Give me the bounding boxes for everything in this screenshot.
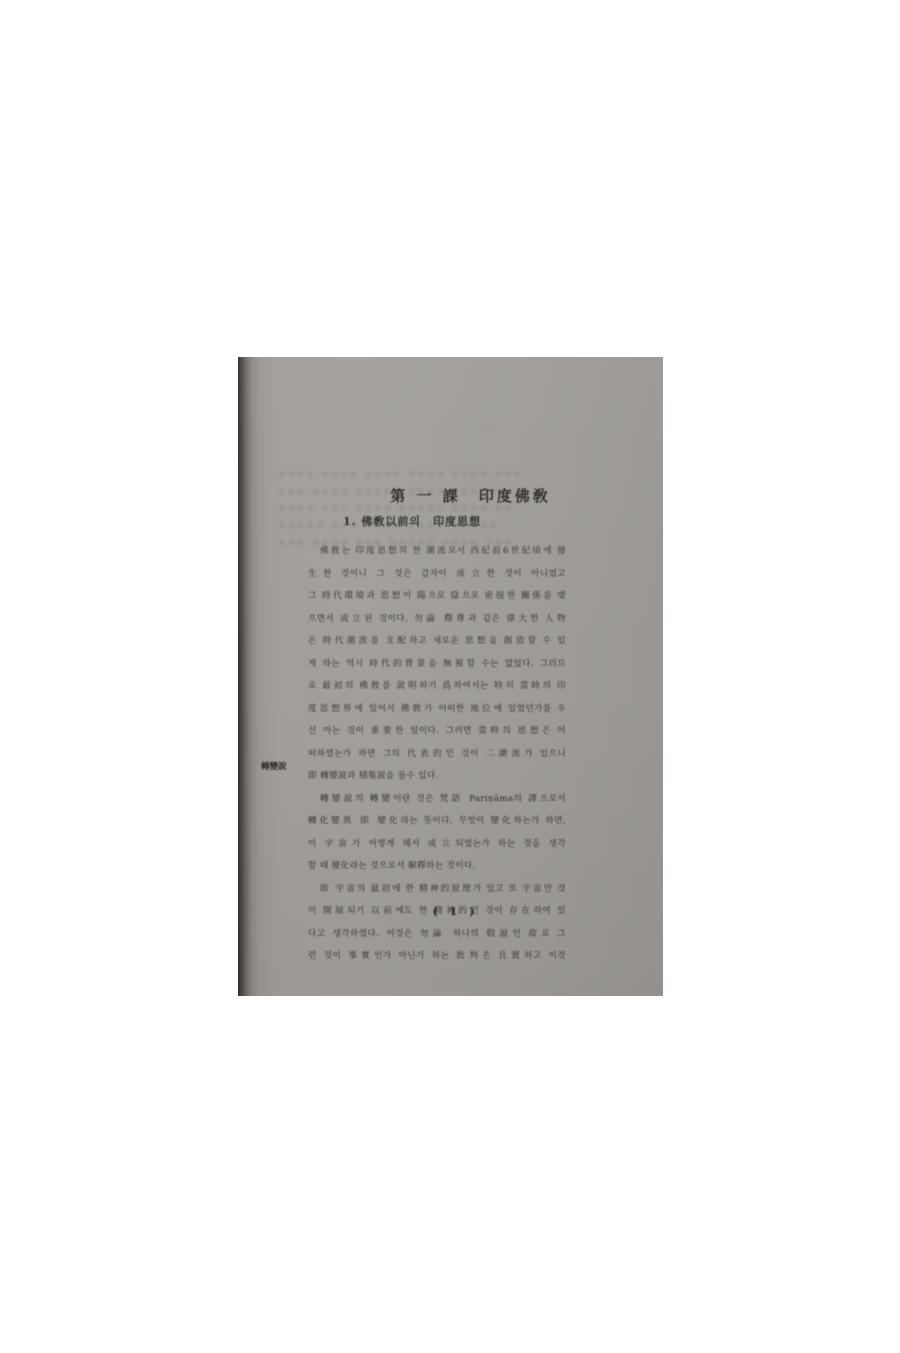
text-line: 轉化變異 即 變化라는 뜻이다. 무엇이 變化하는가 하면, xyxy=(308,810,566,833)
text-line: 이 宇宙가 어떻게 해서 成立되었는가 하는 것을 생각 xyxy=(308,833,566,856)
page-number: ( 1 ) xyxy=(238,905,663,918)
text-line: 그 時代環境과 思想이 陽으로 陰으로 密接한 關係를 맺 xyxy=(308,585,566,608)
text-line: 떠하였는가 하면 그의 代表的인 것이 二潮流가 있으니 xyxy=(308,743,566,766)
text-line: 度思想界에 있어서 佛敎가 어떠한 地位에 있었던가를 우 xyxy=(308,698,566,721)
text-line: 다고 생각하였다. 이것은 勿論 하나의 假說인 故로 그 xyxy=(308,923,566,946)
text-line: 으면서 成立된 것이다. 勿論 釋尊과 같은 偉大한 人物 xyxy=(308,608,566,631)
text-line: 佛敎는 印度思想의 한 潮流로서 西紀前6世紀頃에 發 xyxy=(308,540,566,563)
section-title: 1. 佛敎以前의 印度思想 xyxy=(343,513,481,529)
text-line: 선 아는 것이 重要한 일이다. 그러면 當時의 思想은 어 xyxy=(308,720,566,743)
text-line: 할 때 變化라는 것으로서 解釋하는 것이다. xyxy=(308,855,566,878)
text-line: 게 하는 역시 時代的背景을 無視할 수는 없었다. 그러므 xyxy=(308,653,566,676)
text-line: 轉變說의 轉變이란 것은 梵語 Pariṇāma의 譯으로서 xyxy=(308,788,566,811)
margin-note: 轉變說 xyxy=(261,760,287,772)
book-page-photo: ▪▪▪▪ ▪▪▪▪ ▪▪▪▪ ▪▪▪▪ ▪▪▪▪ ▪▪▪ ▪▪▪ ▪▪▪▪ ▪▪… xyxy=(238,357,663,996)
body-text: 佛敎는 印度思想의 한 潮流로서 西紀前6世紀頃에 發生한 것이니 그 것은 갑… xyxy=(308,540,566,968)
text-line: 로 最初의 佛敎를 說明하기 爲하여서는 特히 當時의 印 xyxy=(308,675,566,698)
text-line: 即 轉變說과 積集說을 들수 있다. xyxy=(308,765,566,788)
text-line: 은 時代潮流를 支配하고 새로운 思想을 創造할 수 있 xyxy=(308,630,566,653)
text-line: 即 宇宙의 最初에 한 精神的原理가 있고 또 宇宙만 것 xyxy=(308,878,566,901)
text-line: 런 것이 事實인가 아닌가 하는 批判은 且置하고 이것 xyxy=(308,945,566,968)
chapter-title: 第 一 課 印度佛敎 xyxy=(238,485,663,506)
text-line: 生한 것이니 그 것은 갑자이 成立한 것이 아니었고 xyxy=(308,563,566,586)
page-content: 第 一 課 印度佛敎 1. 佛敎以前의 印度思想 轉變說 佛敎는 印度思想의 한… xyxy=(238,357,663,996)
